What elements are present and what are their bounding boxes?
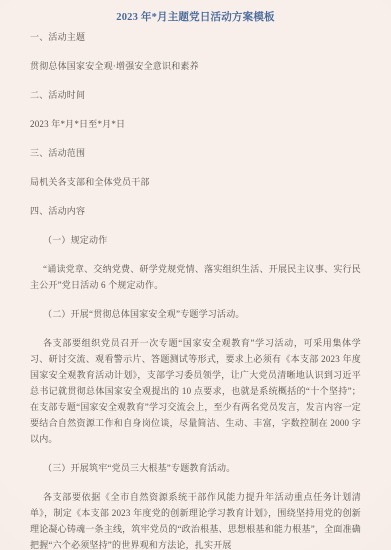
document-title: 2023 年*月主题党日活动方案模板 bbox=[30, 10, 361, 26]
security-study-paragraph: 各支部要组织党员召开一次专题“国家安全观教育”学习活动，可采用集体学习、研讨交流… bbox=[30, 335, 361, 447]
subsection-2-heading-security-study: （二）开展“贯彻总体国家安全观”专题学习活动。 bbox=[30, 306, 361, 322]
required-actions-paragraph: “诵读党章、交纳党费、研学党规党情、落实组织生活、开展民主议事、实行民主公开”党… bbox=[30, 261, 361, 293]
activity-time-text: 2023 年*月*日至*月*日 bbox=[30, 116, 361, 132]
three-foundations-paragraph: 各支部要依据《全市自然资源系统干部作风能力提升年活动重点任务计划清单》，制定《本… bbox=[30, 489, 361, 550]
document-page: 2023 年*月主题党日活动方案模板 一、活动主题 贯彻总体国家安全观·增强安全… bbox=[0, 0, 391, 550]
activity-scope-text: 局机关各支部和全体党员干部 bbox=[30, 174, 361, 190]
section-1-heading-activity-theme: 一、活动主题 bbox=[30, 29, 361, 45]
subsection-3-heading-three-foundations: （三）开展筑牢“党员三大根基”专题教育活动。 bbox=[30, 460, 361, 476]
section-4-heading-activity-content: 四、活动内容 bbox=[30, 203, 361, 219]
subsection-1-heading-required-actions: （一）规定动作 bbox=[30, 232, 361, 248]
document-viewport: { "document": { "title": "2023 年*月主题党日活动… bbox=[0, 0, 391, 550]
section-3-heading-activity-scope: 三、活动范围 bbox=[30, 145, 361, 161]
section-2-heading-activity-time: 二、活动时间 bbox=[30, 87, 361, 103]
activity-theme-text: 贯彻总体国家安全观·增强安全意识和素养 bbox=[30, 58, 361, 74]
